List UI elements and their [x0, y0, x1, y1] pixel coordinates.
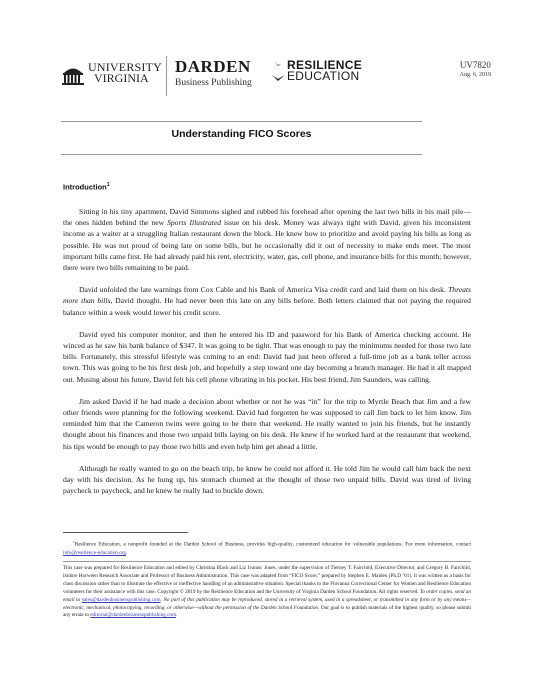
resilience-line2: EDUCATION	[287, 71, 362, 82]
section-heading-text: Introduction	[63, 183, 107, 192]
darden-name: DARDEN	[175, 58, 252, 76]
document-page: UNIVERSITY VIRGINIA DARDEN Business Publ…	[0, 0, 533, 690]
footnote-marker[interactable]: 1	[107, 182, 110, 188]
paragraph: David eyed his computer monitor, and the…	[63, 329, 471, 385]
footnote: 1Resilience Education, a nonprofit found…	[63, 538, 471, 557]
uva-line2: VIRGINIA	[88, 73, 162, 84]
title-rule-bottom	[61, 154, 422, 155]
paragraph: Sitting in his tiny apartment, David Sim…	[63, 206, 471, 273]
document-header: UNIVERSITY VIRGINIA DARDEN Business Publ…	[58, 58, 493, 98]
uva-logo: UNIVERSITY VIRGINIA	[62, 60, 154, 90]
case-code: UV7820	[460, 60, 491, 71]
document-title: Understanding FICO Scores	[61, 128, 422, 140]
darden-subtitle: Business Publishing	[175, 76, 252, 90]
case-date: Aug. 6, 2019	[460, 71, 491, 79]
legal-notice: This case was prepared for Resilience Ed…	[63, 565, 471, 620]
case-identifier: UV7820 Aug. 6, 2019	[460, 60, 491, 79]
body-text: Sitting in his tiny apartment, David Sim…	[63, 206, 471, 507]
footnote-separator	[63, 532, 188, 533]
resilience-email-link[interactable]: info@resilience-education.org	[63, 550, 126, 556]
rotunda-icon	[62, 64, 84, 86]
title-rule-top	[61, 121, 422, 122]
paragraph: Jim asked David if he had made a decisio…	[63, 396, 471, 452]
legal-separator	[63, 561, 471, 562]
paragraph: David unfolded the late warnings from Co…	[63, 284, 471, 318]
sales-email-link[interactable]: sales@dardenbusinesspublishing.com	[82, 597, 161, 603]
birds-icon	[272, 60, 286, 86]
editorial-email-link[interactable]: editorial@dardenbusinesspublishing.com	[90, 612, 176, 618]
darden-logo: DARDEN Business Publishing	[175, 58, 252, 90]
paragraph: Although he really wanted to go on the b…	[63, 463, 471, 497]
section-heading: Introduction1	[63, 182, 110, 192]
logo-divider	[166, 56, 167, 96]
